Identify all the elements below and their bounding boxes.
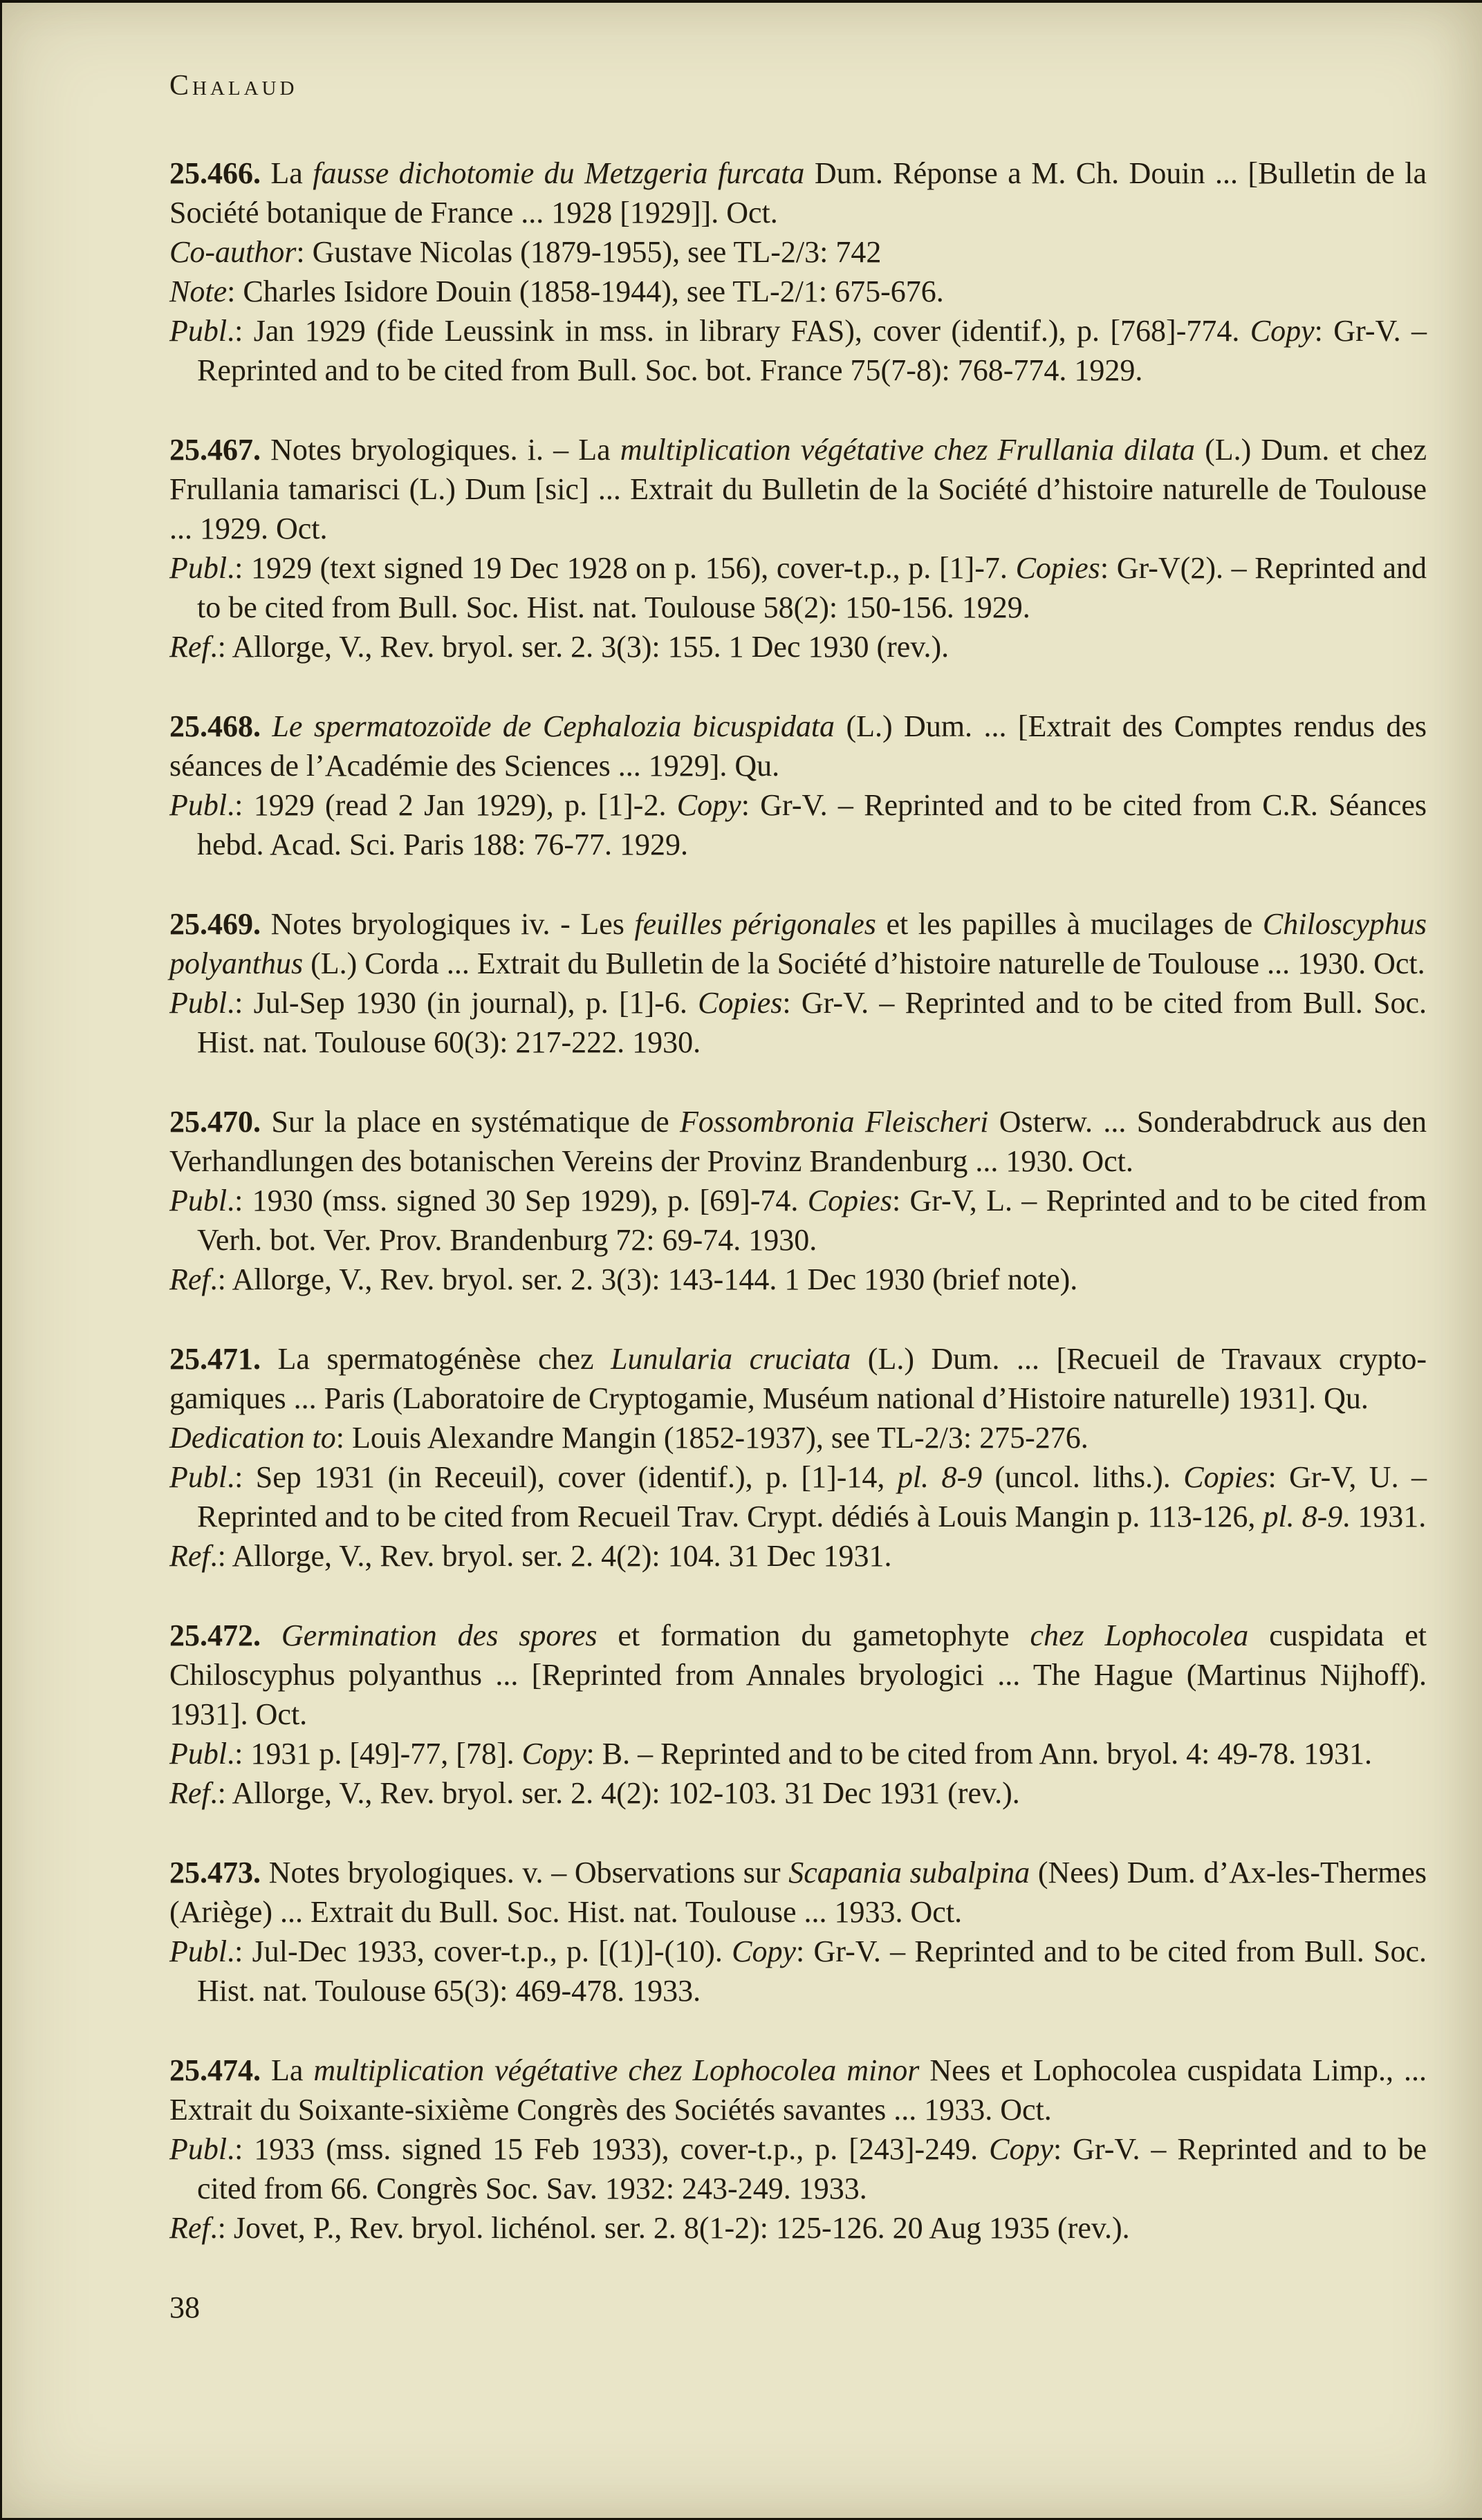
text-segment: 25.472. [169, 1618, 261, 1652]
entry-25.467: 25.467. Notes bryologiques. i. – La mult… [169, 430, 1427, 666]
text-segment: 25.470. [169, 1105, 261, 1139]
text-segment: Copies [698, 986, 782, 1020]
entry-25.473: 25.473. Notes bryologiques. v. – Observa… [169, 1853, 1427, 2010]
entry-detail-paragraph: Publ.: 1931 p. [49]-77, [78]. Copy: B. –… [169, 1734, 1427, 1773]
text-segment: Copies [1016, 551, 1100, 585]
text-segment: Publ [169, 1184, 227, 1217]
text-segment: .: Allorge, V., Rev. bryol. ser. 2. 4(2)… [210, 1776, 1020, 1810]
entry-detail-paragraph: Co-author: Gustave Nicolas (1879-1955), … [169, 232, 1427, 272]
text-segment: Publ [169, 1460, 227, 1494]
text-segment: .: 1929 (read 2 Jan 1929), p. [1]-2. [227, 788, 677, 822]
entry-detail-paragraph: Ref.: Allorge, V., Rev. bryol. ser. 2. 4… [169, 1536, 1427, 1576]
entry-title-paragraph: 25.474. La multiplication végétative che… [169, 2051, 1427, 2129]
text-segment: .: Jul-Dec 1933, cover-t.p., p. [(1)]-(1… [227, 1934, 732, 1968]
text-segment: Co-author [169, 235, 296, 269]
text-segment: Note [169, 274, 227, 308]
page-edge-left [0, 0, 2, 2520]
text-segment: Lunularia cruciata [611, 1342, 851, 1376]
text-segment: Sur la place en systématique de [261, 1105, 680, 1139]
text-segment: Scapania subalpina [788, 1856, 1030, 1889]
text-segment: Germination des spores [281, 1618, 598, 1652]
text-segment: Notes bryologiques iv. - Les [261, 907, 634, 941]
text-segment: Copy [989, 2132, 1053, 2166]
text-segment: Publ [169, 788, 227, 822]
text-segment [261, 1618, 281, 1652]
entry-title-paragraph: 25.472. Germination des spores et format… [169, 1616, 1427, 1734]
text-segment: Copy [1250, 314, 1315, 348]
page-edge-top [0, 0, 1482, 3]
entry-detail-paragraph: Publ.: Jul-Sep 1930 (in journal), p. [1]… [169, 983, 1427, 1062]
text-segment: : Louis Alexandre Mangin (1852-1937), se… [336, 1421, 1089, 1455]
entry-detail-paragraph: Ref.: Allorge, V., Rev. bryol. ser. 2. 4… [169, 1773, 1427, 1813]
entry-25.469: 25.469. Notes bryologiques iv. - Les feu… [169, 904, 1427, 1062]
entry-25.472: 25.472. Germination des spores et format… [169, 1616, 1427, 1813]
entry-detail-paragraph: Ref.: Allorge, V., Rev. bryol. ser. 2. 3… [169, 627, 1427, 666]
entry-detail-paragraph: Ref.: Jovet, P., Rev. bryol. lichénol. s… [169, 2208, 1427, 2248]
text-segment: Publ [169, 1737, 227, 1771]
text-segment: La spermatogénèse chez [261, 1342, 611, 1376]
text-segment: : B. – Reprinted and to be cited from An… [586, 1737, 1373, 1771]
entry-title-paragraph: 25.471. La spermatogénèse chez Lunularia… [169, 1339, 1427, 1418]
text-segment: La [261, 156, 313, 190]
entry-detail-paragraph: Publ.: 1929 (text signed 19 Dec 1928 on … [169, 548, 1427, 627]
text-segment: Publ [169, 551, 227, 585]
entries: 25.466. La fausse dichotomie du Metzgeri… [169, 153, 1427, 2248]
text-segment: 25.471. [169, 1342, 261, 1376]
text-segment: Ref [169, 1262, 210, 1296]
entry-detail-paragraph: Ref.: Allorge, V., Rev. bryol. ser. 2. 3… [169, 1260, 1427, 1299]
text-segment: .: 1930 (mss. signed 30 Sep 1929), p. [6… [227, 1184, 808, 1217]
text-segment: .: Jan 1929 (fide Leussink in mss. in li… [227, 314, 1250, 348]
text-segment: Copy [732, 1934, 796, 1968]
text-segment: pl. 8-9 [1263, 1500, 1342, 1533]
entry-title-paragraph: 25.468. Le spermatozoïde de Cephalozia b… [169, 707, 1427, 785]
text-segment: Fossombronia Fleischeri [680, 1105, 988, 1139]
text-segment: 25.466. [169, 156, 261, 190]
entry-title-paragraph: 25.466. La fausse dichotomie du Metzgeri… [169, 153, 1427, 232]
text-segment: 25.468. [169, 709, 261, 743]
entry-detail-paragraph: Publ.: 1933 (mss. signed 15 Feb 1933), c… [169, 2129, 1427, 2208]
entry-25.468: 25.468. Le spermatozoïde de Cephalozia b… [169, 707, 1427, 864]
entry-detail-paragraph: Dedication to: Louis Alexandre Mangin (1… [169, 1418, 1427, 1457]
text-segment: Publ [169, 1934, 227, 1968]
text-segment: .: Jovet, P., Rev. bryol. lichénol. ser.… [210, 2211, 1130, 2245]
text-segment: 25.467. [169, 433, 261, 467]
text-segment: multiplication végétative chez Lophocole… [313, 2053, 919, 2087]
text-segment: (L.) Corda ... Extrait du Bulletin de la… [303, 946, 1425, 980]
running-head: Chalaud [169, 69, 1427, 102]
text-segment: .: Allorge, V., Rev. bryol. ser. 2. 4(2)… [210, 1539, 892, 1573]
text-segment: Publ [169, 986, 227, 1020]
text-segment: .: Jul-Sep 1930 (in journal), p. [1]-6. [227, 986, 698, 1020]
text-segment: Ref [169, 2211, 210, 2245]
text-segment: .: 1929 (text signed 19 Dec 1928 on p. 1… [227, 551, 1015, 585]
text-segment: Le spermatozoïde de Cephalozia bicuspida… [272, 709, 835, 743]
text-segment: .: Allorge, V., Rev. bryol. ser. 2. 3(3)… [210, 1262, 1078, 1296]
entry-25.474: 25.474. La multiplication végétative che… [169, 2051, 1427, 2248]
entry-title-paragraph: 25.467. Notes bryologiques. i. – La mult… [169, 430, 1427, 548]
entry-detail-paragraph: Note: Charles Isidore Douin (1858-1944),… [169, 272, 1427, 311]
text-segment: .: Sep 1931 (in Receuil), cover (identif… [227, 1460, 898, 1494]
text-segment: Ref [169, 1776, 210, 1810]
entry-title-paragraph: 25.473. Notes bryologiques. v. – Observa… [169, 1853, 1427, 1932]
text-segment: Copies [1183, 1460, 1268, 1494]
entry-detail-paragraph: Publ.: Jan 1929 (fide Leussink in mss. i… [169, 311, 1427, 390]
entry-detail-paragraph: Publ.: 1930 (mss. signed 30 Sep 1929), p… [169, 1181, 1427, 1260]
entry-detail-paragraph: Publ.: 1929 (read 2 Jan 1929), p. [1]-2.… [169, 785, 1427, 864]
entry-title-paragraph: 25.469. Notes bryologiques iv. - Les feu… [169, 904, 1427, 983]
text-segment: et les papilles à mucilages de [876, 907, 1263, 941]
text-segment: Publ [169, 314, 227, 348]
text-segment: (uncol. liths.). [982, 1460, 1183, 1494]
text-segment: pl. 8-9 [898, 1460, 982, 1494]
text-segment: multiplication végétative chez Frullania… [620, 433, 1195, 467]
text-segment: .: 1933 (mss. signed 15 Feb 1933), cover… [227, 2132, 989, 2166]
text-segment: 25.473. [169, 1856, 261, 1889]
book-page: Chalaud 25.466. La fausse dichotomie du … [0, 69, 1482, 2327]
text-segment: La [261, 2053, 313, 2087]
text-segment: Copy [522, 1737, 586, 1771]
text-segment: Ref [169, 1539, 210, 1573]
entry-25.470: 25.470. Sur la place en systématique de … [169, 1102, 1427, 1299]
text-segment: Dedication to [169, 1421, 336, 1455]
text-segment: Copy [677, 788, 741, 822]
entry-25.471: 25.471. La spermatogénèse chez Lunularia… [169, 1339, 1427, 1576]
text-segment: : Gustave Nicolas (1879-1955), see TL-2/… [296, 235, 881, 269]
text-segment: : Charles Isidore Douin (1858-1944), see… [227, 274, 944, 308]
entry-25.466: 25.466. La fausse dichotomie du Metzgeri… [169, 153, 1427, 390]
text-segment: . 1931. [1342, 1500, 1426, 1533]
text-segment: .: Allorge, V., Rev. bryol. ser. 2. 3(3)… [210, 630, 949, 664]
text-segment: feuilles périgonales [634, 907, 876, 941]
text-segment: .: 1931 p. [49]-77, [78]. [227, 1737, 522, 1771]
text-segment: et formation du gametophyte [598, 1618, 1030, 1652]
text-segment: fausse dichotomie du Metzgeria furcata [313, 156, 804, 190]
entry-detail-paragraph: Publ.: Jul-Dec 1933, cover-t.p., p. [(1)… [169, 1932, 1427, 2010]
page-number: 38 [169, 2288, 1427, 2327]
text-segment: 25.469. [169, 907, 261, 941]
text-segment: Copies [808, 1184, 892, 1217]
entry-detail-paragraph: Publ.: Sep 1931 (in Receuil), cover (ide… [169, 1457, 1427, 1536]
text-segment: Notes bryologiques. v. – Observations su… [261, 1856, 788, 1889]
text-segment: chez Lophocolea [1030, 1618, 1248, 1652]
text-segment: Ref [169, 630, 210, 664]
text-segment [261, 709, 272, 743]
text-segment: Publ [169, 2132, 227, 2166]
entry-title-paragraph: 25.470. Sur la place en systématique de … [169, 1102, 1427, 1181]
text-segment: Notes bryologiques. i. – La [261, 433, 620, 467]
text-segment: 25.474. [169, 2053, 261, 2087]
